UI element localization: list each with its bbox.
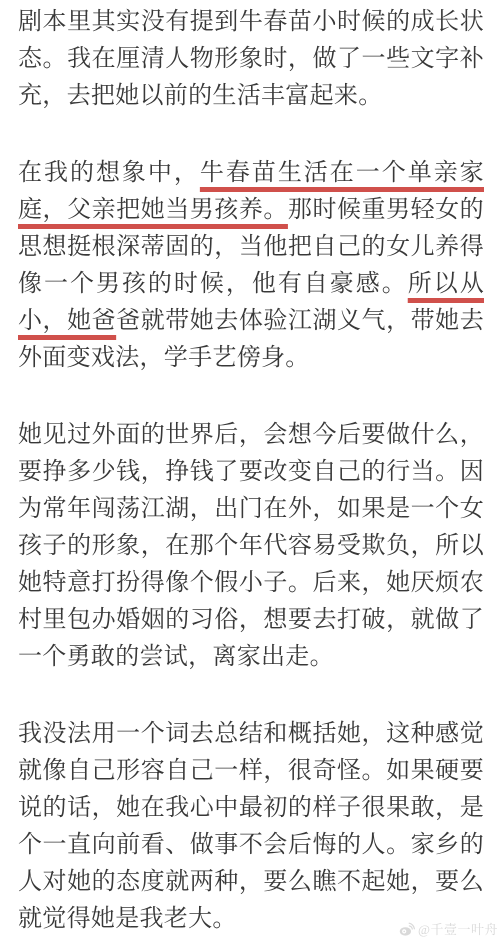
weibo-logo-icon xyxy=(399,921,415,937)
paragraph: 我没法用一个词去总结和概括她，这种感觉就像自己形容自己一样，很奇怪。如果硬要说的… xyxy=(18,716,484,938)
text-segment: 剧本里其实没有提到牛春苗小时候的成长状态。我在厘清人物形象时，做了一些文字补充，… xyxy=(18,9,484,109)
watermark: @千壹一叶舟 xyxy=(399,919,498,938)
text-segment: 她见过外面的世界后，会想今后要做什么，要挣多少钱，挣钱了要改变自己的行当。因为常… xyxy=(18,422,484,670)
text-segment: 我没法用一个词去总结和概括她，这种感觉就像自己形容自己一样，很奇怪。如果硬要说的… xyxy=(18,721,484,932)
paragraph: 剧本里其实没有提到牛春苗小时候的成长状态。我在厘清人物形象时，做了一些文字补充，… xyxy=(18,4,484,115)
text-segment: 在我的想象中， xyxy=(18,160,200,186)
article-text: 剧本里其实没有提到牛春苗小时候的成长状态。我在厘清人物形象时，做了一些文字补充，… xyxy=(18,4,484,938)
paragraph: 她见过外面的世界后，会想今后要做什么，要挣多少钱，挣钱了要改变自己的行当。因为常… xyxy=(18,417,484,676)
watermark-text: @千壹一叶舟 xyxy=(418,919,498,938)
paragraph: 在我的想象中，牛春苗生活在一个单亲家庭，父亲把她当男孩养。那时候重男轻女的思想挺… xyxy=(18,155,484,377)
article-page: 剧本里其实没有提到牛春苗小时候的成长状态。我在厘清人物形象时，做了一些文字补充，… xyxy=(0,0,500,944)
